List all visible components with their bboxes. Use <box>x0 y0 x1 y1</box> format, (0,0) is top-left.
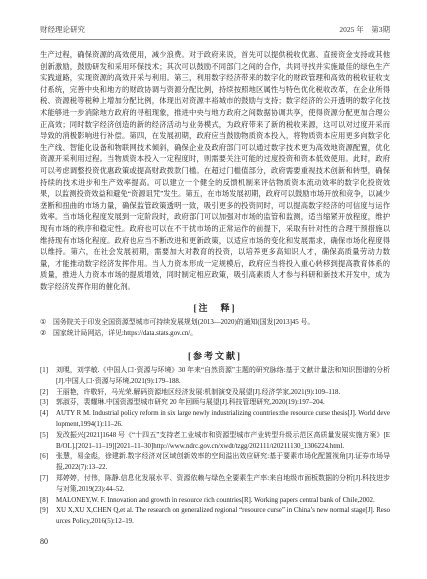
reference-text: 刘晛，刘学敏.《中国人口·资源与环境》30 年来“自然资源”主题的研究脉络:基于… <box>56 366 390 388</box>
reference-item: [6] 张慧，易金彪，徐建新.数字经济对区域创新效率的空间溢出效应研究:基于要素… <box>40 452 390 474</box>
note-text: 国家统计局网站，详见:https://data.stats.gov.cn/。 <box>53 329 390 340</box>
reference-marker: [4] <box>40 409 56 420</box>
note-marker: ① <box>40 318 53 329</box>
journal-title: 财经理论研究 <box>40 24 85 35</box>
reference-text: XU X,XU X,CHEN Q,et al. The research on … <box>56 506 390 528</box>
reference-item: [4] AUTY R M. Industrial policy reform i… <box>40 409 390 431</box>
references-list: [1] 刘晛，刘学敏.《中国人口·资源与环境》30 年来“自然资源”主题的研究脉… <box>40 366 390 528</box>
reference-item: [1] 刘晛，刘学敏.《中国人口·资源与环境》30 年来“自然资源”主题的研究脉… <box>40 366 390 388</box>
paper-page: 财经理论研究 2025 年 第3期 生产过程，确保资源的高效使用，减少浪费。对于… <box>0 0 427 579</box>
note-marker: ② <box>40 329 53 340</box>
reference-item: [7] 郑婷婷，付伟，陈静.信息化发展水平、资源依赖与绿色全要素生产率:来自地级… <box>40 474 390 496</box>
reference-item: [2] 王丽艳，许敬轩，马光荣.解码资源地区经济发展:机制演变及展望[J].经济… <box>40 388 390 399</box>
reference-text: 郭淑芬，裴耀琳.中国资源型城市研究 20 年回顾与展望[J].科技管理研究,20… <box>56 398 390 409</box>
notes-section-title: [注 释] <box>40 301 390 314</box>
reference-marker: [8] <box>40 496 56 507</box>
reference-text: 王丽艳，许敬轩，马光荣.解码资源地区经济发展:机制演变及展望[J].经济学家,2… <box>56 388 390 399</box>
reference-text: 张慧，易金彪，徐建新.数字经济对区域创新效率的空间溢出效应研究:基于要素市场化配… <box>56 452 390 474</box>
reference-marker: [1] <box>40 366 56 377</box>
reference-item: [9] XU X,XU X,CHEN Q,et al. The research… <box>40 506 390 528</box>
page-number: 80 <box>40 537 390 546</box>
issue-label: 2025 年 第3期 <box>339 24 390 35</box>
reference-marker: [2] <box>40 388 56 399</box>
references-section-title: [参考文献] <box>40 349 390 362</box>
reference-marker: [3] <box>40 398 56 409</box>
running-head: 财经理论研究 2025 年 第3期 <box>40 24 390 40</box>
reference-item: [8] MALONEY,W. F. Innovation and growth … <box>40 496 390 507</box>
reference-text: 郑婷婷，付伟，陈静.信息化发展水平、资源依赖与绿色全要素生产率:来自地级市面板数… <box>56 474 390 496</box>
reference-text: AUTY R M. Industrial policy reform in si… <box>56 409 390 431</box>
reference-marker: [5] <box>40 431 56 442</box>
reference-marker: [9] <box>40 506 56 517</box>
reference-item: [3] 郭淑芬，裴耀琳.中国资源型城市研究 20 年回顾与展望[J].科技管理研… <box>40 398 390 409</box>
body-paragraph: 生产过程，确保资源的高效使用，减少浪费。对于政府来说，首先可以提供税收优惠、直接… <box>40 49 390 292</box>
note-item: ① 国务院关于印发全国资源型城市可持续发展规划(2013—2020)的通知(国发… <box>40 318 390 329</box>
reference-text: 发改振兴[2021]1648 号《“十四五”支持老工业城市和资源型城市产业转型升… <box>56 431 390 453</box>
reference-marker: [7] <box>40 474 56 485</box>
note-text: 国务院关于印发全国资源型城市可持续发展规划(2013—2020)的通知(国发[2… <box>53 318 390 329</box>
note-item: ② 国家统计局网站，详见:https://data.stats.gov.cn/。 <box>40 329 390 340</box>
reference-item: [5] 发改振兴[2021]1648 号《“十四五”支持老工业城市和资源型城市产… <box>40 431 390 453</box>
reference-marker: [6] <box>40 452 56 463</box>
reference-text: MALONEY,W. F. Innovation and growth in r… <box>56 496 390 507</box>
notes-list: ① 国务院关于印发全国资源型城市可持续发展规划(2013—2020)的通知(国发… <box>40 318 390 340</box>
